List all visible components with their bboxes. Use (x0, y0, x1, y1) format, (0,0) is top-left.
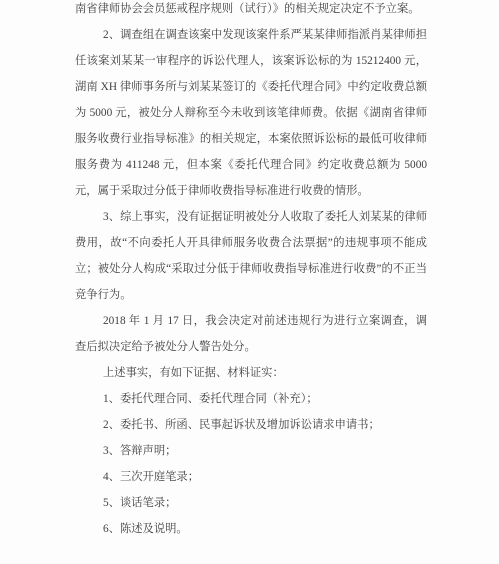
evidence-item-4: 4、三次开庭笔录； (75, 464, 427, 490)
paragraph-conclusion: 3、综上事实，没有证据证明被处分人收取了委托人刘某某的律师费用，故“不向委托人开… (75, 204, 427, 308)
evidence-item-3: 3、答辩声明； (75, 438, 427, 464)
paragraph-investigation-findings: 2、调查组在调查该案中发现该案件系严某某律师指派肖某律师担任该案刘某某一审程序的… (75, 22, 427, 204)
evidence-intro: 上述事实，有如下证据、材料证实： (75, 360, 427, 386)
evidence-item-2: 2、委托书、所函、民事起诉状及增加诉讼请求申请书； (75, 412, 427, 438)
paragraph-decision-date: 2018 年 1 月 17 日，我会决定对前述违规行为进行立案调查，调查后拟决定… (75, 308, 427, 360)
document-page: 南省律师协会会员惩戒程序规则（试行）》的相关规定决定不予立案。 2、调查组在调查… (0, 0, 499, 560)
evidence-item-6: 6、陈述及说明。 (75, 516, 427, 542)
evidence-item-5: 5、谈话笔录； (75, 490, 427, 516)
evidence-item-1: 1、委托代理合同、委托代理合同（补充）； (75, 386, 427, 412)
paragraph-continuation: 南省律师协会会员惩戒程序规则（试行）》的相关规定决定不予立案。 (75, 0, 427, 22)
